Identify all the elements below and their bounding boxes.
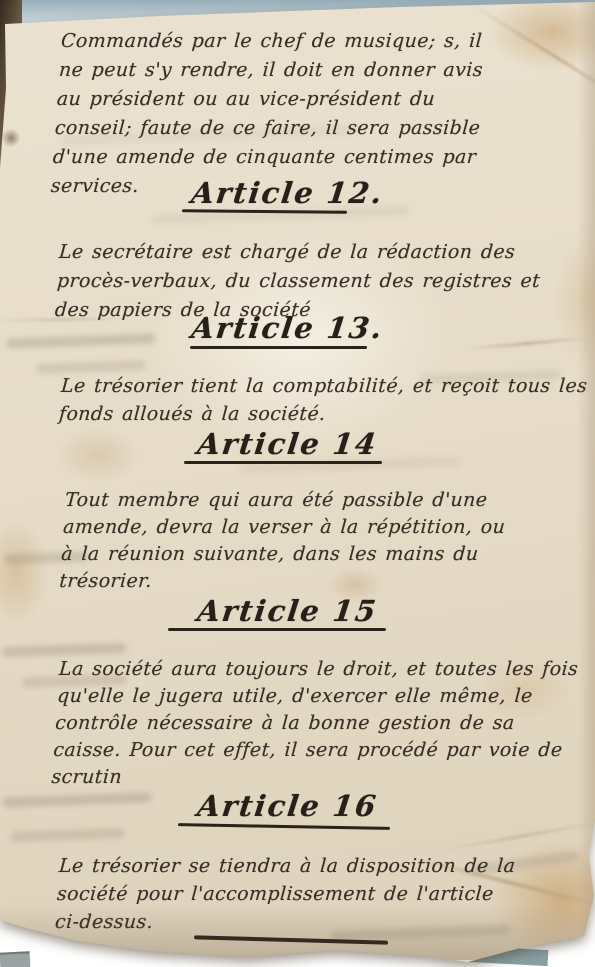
article-14-heading: Article 14 (0, 427, 577, 461)
article-15-heading: Article 15 (0, 594, 577, 628)
article-12-heading: Article 12. (0, 176, 577, 210)
article-16-heading: Article 16 (0, 789, 577, 823)
article-15-body: La société aura toujours le droit, et to… (51, 656, 580, 791)
article-13-body: Le trésorier tient la comptabilité, et r… (58, 372, 588, 428)
heading-underline (190, 346, 367, 349)
intro-paragraph: Commandés par le chef de musique; s, il … (50, 27, 488, 201)
paper-bottom-shade (0, 905, 595, 960)
heading-underline (168, 628, 386, 631)
background-paper-fragment (0, 951, 30, 967)
paper-crease (469, 2, 595, 111)
manuscript-page: Commandés par le chef de musique; s, il … (0, 0, 595, 967)
heading-underline (184, 461, 382, 464)
paper-right-shade (578, 0, 595, 940)
paper-crease (441, 821, 595, 852)
heading-underline (178, 823, 390, 830)
ink-bleedthrough-smudge (10, 828, 125, 842)
manuscript-photo: Commandés par le chef de musique; s, il … (0, 0, 595, 967)
article-13-heading: Article 13. (0, 311, 577, 345)
article-14-body: Tout membre qui aura été passible d'une … (58, 487, 508, 595)
